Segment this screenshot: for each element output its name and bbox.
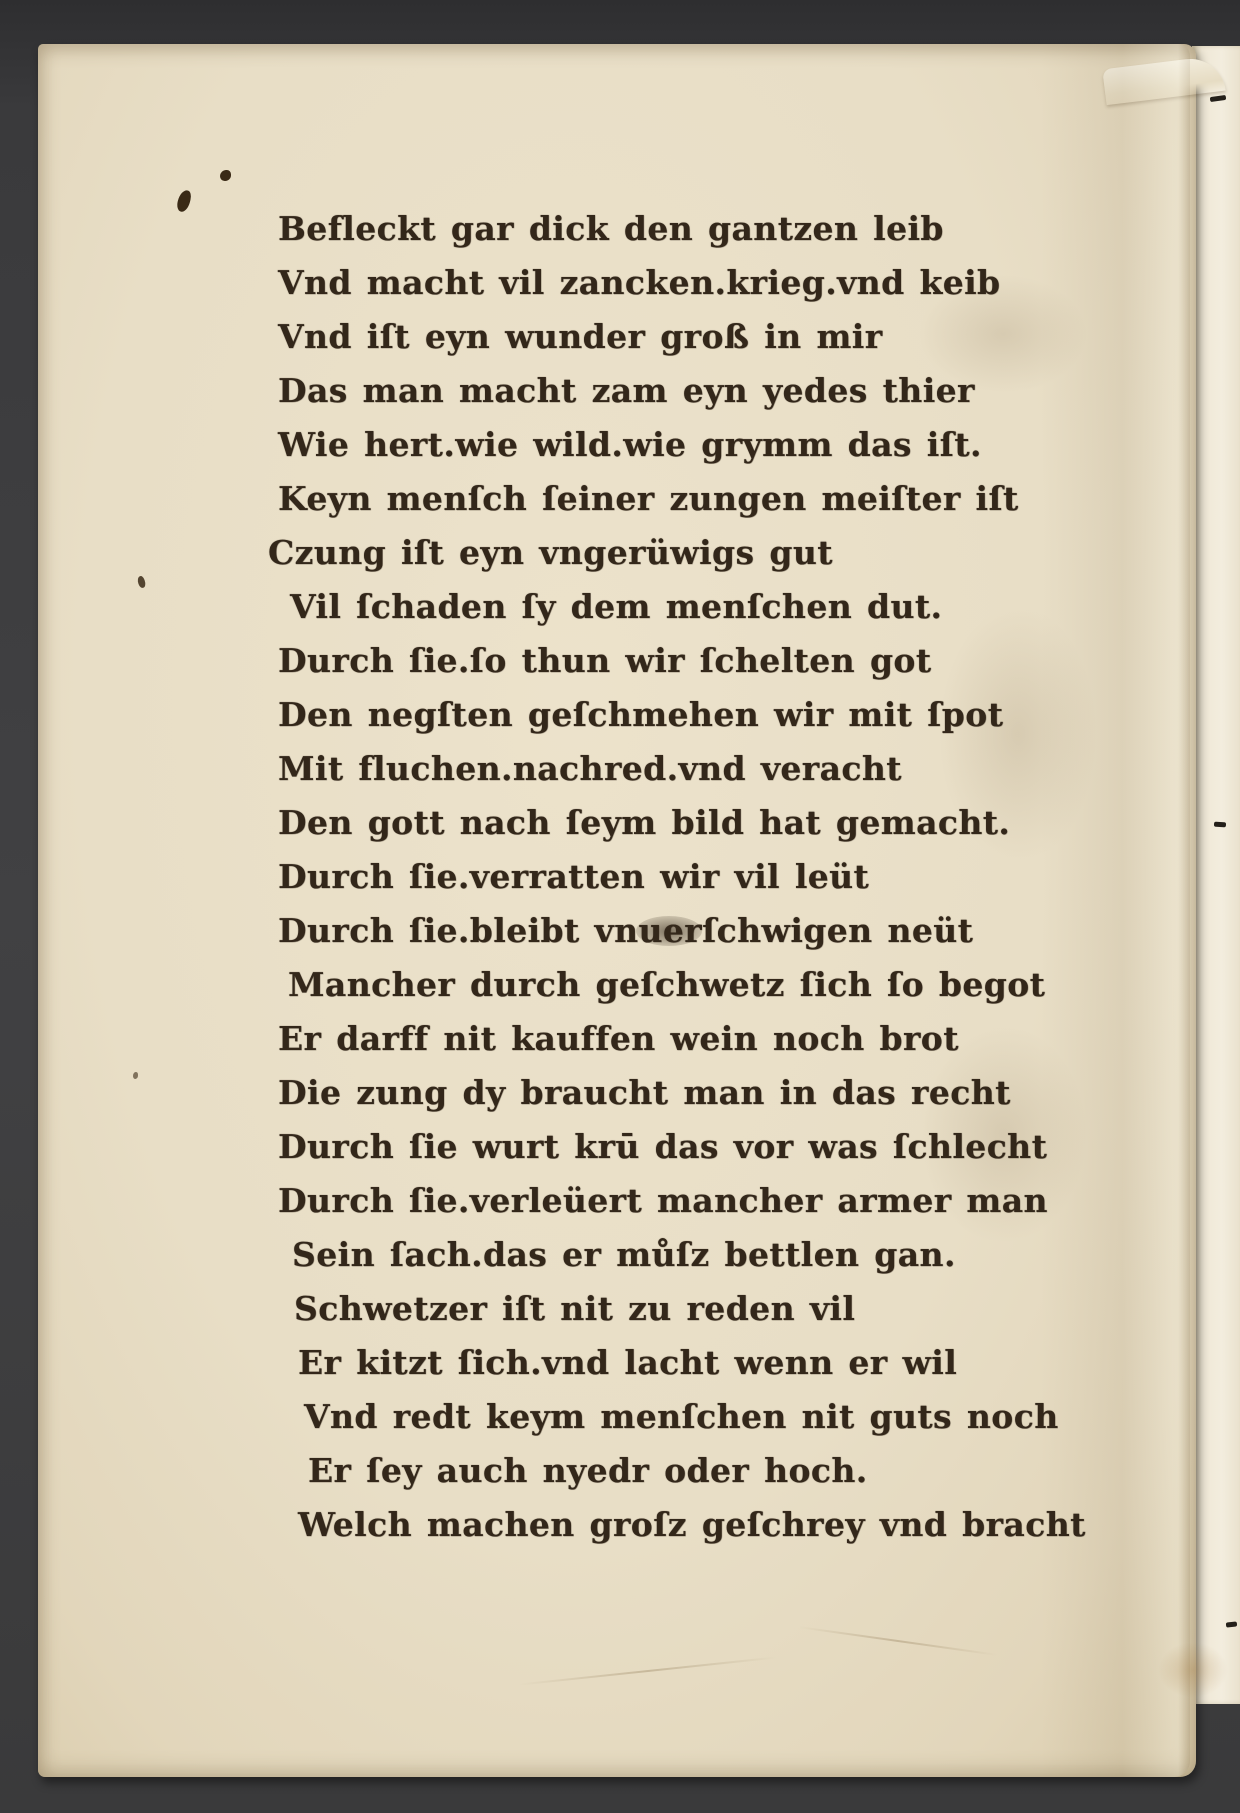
text-line: Das man macht zam eyn yedes thier	[278, 364, 1078, 418]
text-line: Den gott nach ſeym bild hat gemacht.	[278, 796, 1078, 850]
text-line: Vil ſchaden ſy dem menſchen dut.	[290, 580, 1078, 634]
foxing-stain	[1158, 1642, 1228, 1698]
text-line: Mancher durch geſchwetz ſich ſo begot	[288, 958, 1078, 1012]
text-line: Czung iſt eyn vngerüwigs gut	[268, 526, 1078, 580]
text-line: Durch ſie.verleüert mancher armer man	[278, 1174, 1078, 1228]
book-page: Befleckt gar dick den gantzen leib Vnd m…	[38, 44, 1196, 1777]
book-scan: Befleckt gar dick den gantzen leib Vnd m…	[0, 0, 1240, 1813]
text-line: Vnd iſt eyn wunder groß in mir	[278, 310, 1078, 364]
paper-wrinkle	[799, 1626, 997, 1656]
ink-speck	[133, 1072, 138, 1079]
paper-wrinkle	[519, 1656, 778, 1685]
ink-speck	[176, 189, 193, 213]
text-line: Durch ſie.verratten wir vil leüt	[278, 850, 1078, 904]
text-line: Durch ſie wurt krū das vor was ſchlecht	[278, 1120, 1078, 1174]
text-line: Durch ſie.ſo thun wir ſchelten got	[278, 634, 1078, 688]
page-fore-edge	[1192, 46, 1240, 1704]
text-line: Keyn menſch ſeiner zungen meiſter iſt	[278, 472, 1078, 526]
binding-mark	[1214, 822, 1226, 828]
text-line: Welch machen groſz geſchrey vnd bracht	[298, 1498, 1078, 1552]
text-line: Vnd redt keym menſchen nit guts noch	[304, 1390, 1078, 1444]
text-line: Wie hert.wie wild.wie grymm das iſt.	[278, 418, 1078, 472]
text-line: Schwetzer iſt nit zu reden vil	[294, 1282, 1078, 1336]
text-line: Befleckt gar dick den gantzen leib	[278, 202, 1078, 256]
text-line: Die zung dy braucht man in das recht	[278, 1066, 1078, 1120]
text-line: Er kitzt ſich.vnd lacht wenn er wil	[298, 1336, 1078, 1390]
text-line: Durch ſie.bleibt vnuerſchwigen neüt	[278, 904, 1078, 958]
text-line: Den negſten geſchmehen wir mit ſpot	[278, 688, 1078, 742]
text-line: Sein ſach.das er můſz bettlen gan.	[292, 1228, 1078, 1282]
ink-speck	[220, 170, 231, 181]
text-line: Mit fluchen.nachred.vnd veracht	[278, 742, 1078, 796]
text-line: Er ſey auch nyedr oder hoch.	[308, 1444, 1078, 1498]
verse-text-block: Befleckt gar dick den gantzen leib Vnd m…	[278, 202, 1078, 1552]
text-line: Er darff nit kauffen wein noch brot	[278, 1012, 1078, 1066]
text-line: Vnd macht vil zancken.krieg.vnd keib	[278, 256, 1078, 310]
ink-speck	[136, 575, 147, 589]
